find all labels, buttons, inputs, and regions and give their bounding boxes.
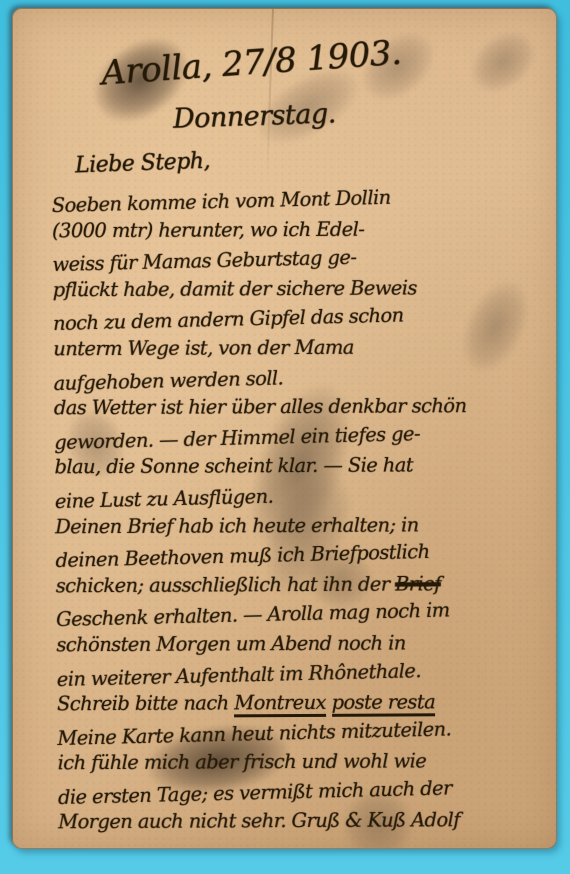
paper-crease — [266, 9, 274, 179]
line-text: Morgen auch nicht sehr. — [58, 810, 291, 834]
struck-out-word: Brief — [395, 572, 441, 595]
underlined-poste-restante: poste resta — [332, 690, 436, 717]
scanned-postcard-photo: Arolla, 27/8 1903. Donnerstag. Liebe Ste… — [0, 0, 570, 874]
line-text: schicken; ausschließlich hat ihn der — [56, 572, 395, 597]
line-text — [326, 691, 332, 714]
letter-body: Soeben komme ich vom Mont Dollin (3000 m… — [52, 182, 551, 838]
signature: Gruß & Kuß Adolf — [291, 809, 459, 833]
handwriting-closing-line: Morgen auch nicht sehr. Gruß & Kuß Adolf — [58, 805, 550, 837]
underlined-montreux: Montreux — [234, 691, 326, 717]
salutation-line: Liebe Steph, — [75, 149, 211, 179]
ink-smudge — [460, 20, 546, 103]
line-text: Schreib bitte nach — [57, 691, 234, 715]
weekday-line: Donnerstag. — [173, 98, 337, 135]
postcard-paper: Arolla, 27/8 1903. Donnerstag. Liebe Ste… — [12, 8, 557, 849]
place-date-line: Arolla, 27/8 1903. — [100, 33, 402, 94]
